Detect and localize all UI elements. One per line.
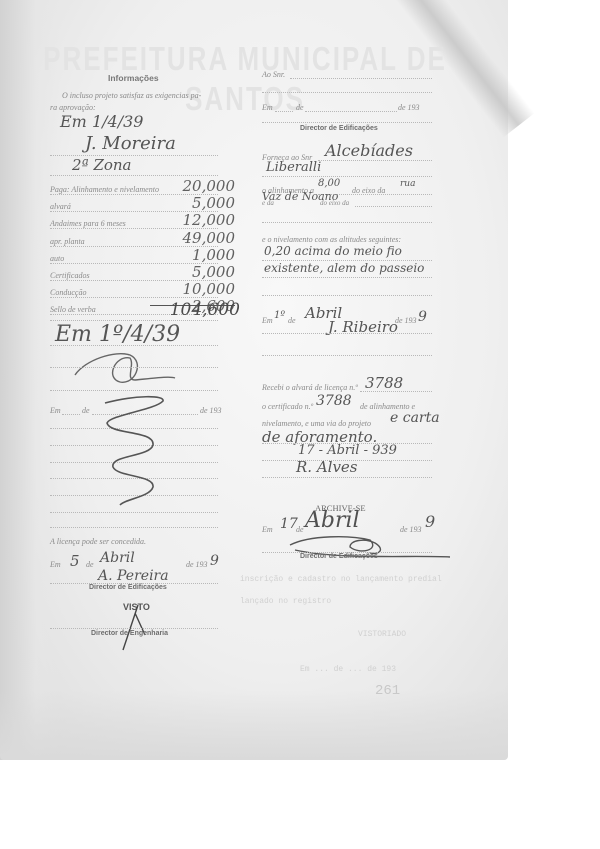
- right-director-edificacoes: Director de Edificações: [300, 125, 378, 132]
- fee-value: 5,000: [145, 194, 235, 212]
- rule-line: [355, 206, 432, 207]
- rule-line: [290, 78, 432, 79]
- receipt-number-1: 3788: [365, 374, 403, 392]
- receipt-line-2a: o certificado n.º: [262, 402, 313, 411]
- fee-value: 5,000: [145, 263, 235, 281]
- fee-label: auto: [50, 254, 64, 263]
- date-line-prefix: Em: [50, 406, 61, 415]
- fee-label: Certificados: [50, 271, 90, 280]
- rule-line: [262, 355, 432, 356]
- handwritten-signature: J. Moreira: [85, 133, 176, 154]
- rule-line: [262, 295, 432, 296]
- licence-signature: A. Pereira: [98, 568, 169, 584]
- fee-value: 20,000: [145, 177, 235, 195]
- right-date-suffix: de 193: [398, 103, 420, 112]
- e-da-label: e da: [262, 199, 274, 207]
- signed-date-prefix: Em: [262, 316, 273, 325]
- director-engenharia-label: Director de Engenharia: [91, 630, 168, 637]
- fee-label: Paga: Alinhamento e nivelamento: [50, 185, 159, 194]
- document-page: PREFEITURA MUNICIPAL DE SANTOS Informaçõ…: [0, 0, 508, 760]
- handwritten-zone: 2ª Zona: [72, 156, 132, 174]
- receipt-number-2: 3788: [316, 393, 352, 409]
- fee-label: Sello de verba: [50, 305, 96, 314]
- ghost-date-line: Em ... de ... de 193: [300, 665, 396, 674]
- receipt-line-3: nivelamento, e uma via do projeto: [262, 419, 371, 428]
- receipt-line-1: Recebi o alvará de licença n.º: [262, 383, 358, 392]
- handwritten-date: Em 1/4/39: [60, 112, 143, 131]
- archive-date-month: Abril: [305, 508, 360, 533]
- intro-text-cont: ra aprovação:: [50, 103, 96, 112]
- nivelamento-label: e o nivelamento com as altitudes seguint…: [262, 235, 401, 244]
- alinhamento-value: 8,00: [318, 178, 340, 189]
- licence-date-month: Abril: [100, 550, 135, 566]
- licence-date-year: 9: [210, 553, 219, 569]
- right-date-prefix: Em: [262, 103, 273, 112]
- right-date-middle: de: [296, 103, 304, 112]
- ghost-stamp: 261: [375, 683, 400, 699]
- rule-line: [50, 367, 218, 368]
- fee-label: alvará: [50, 202, 71, 211]
- rule-line: [262, 176, 432, 177]
- fees-total: 104,600: [150, 300, 240, 320]
- ghost-text-2: lançado no registro: [240, 597, 331, 606]
- rule-line: [50, 527, 218, 528]
- rule-line: [62, 414, 80, 415]
- licence-date-suffix: de 193: [186, 560, 208, 569]
- rule-line: [262, 222, 432, 223]
- licence-text: A licença pode ser concedida.: [50, 537, 146, 546]
- rule-line: [50, 345, 218, 346]
- archive-date-prefix: Em: [262, 525, 273, 534]
- do-eixo-da-label: do eixo da: [320, 199, 349, 207]
- alinhamento-street-1: rua: [400, 179, 415, 189]
- archive-director-edificacoes: Director de Edificações: [300, 553, 378, 560]
- licence-date-prefix: Em: [50, 560, 61, 569]
- fee-value: 49,000: [145, 229, 235, 247]
- rule-line: [305, 111, 397, 112]
- rule-line: [50, 628, 218, 629]
- rule-line: [262, 92, 432, 93]
- handwritten-date-2: Em 1º/4/39: [55, 322, 180, 347]
- director-edificacoes-label: Director de Edificações: [89, 584, 167, 591]
- licence-date-middle: de: [86, 560, 94, 569]
- signed-date-day: 1º: [274, 310, 285, 321]
- forneca-name-1: Alcebíades: [325, 141, 413, 160]
- rule-line: [262, 122, 432, 123]
- rule-line: [318, 160, 432, 161]
- nivelamento-hw-2: existente, alem do passeio: [264, 261, 424, 275]
- rule-line: [50, 320, 218, 321]
- fee-label: Conducção: [50, 288, 86, 297]
- rule-line: [50, 390, 218, 391]
- fee-label: Andaimes para 6 meses: [50, 219, 126, 228]
- rule-line: [262, 277, 432, 278]
- receipt-signature: R. Alves: [296, 458, 358, 476]
- fee-value: 10,000: [145, 280, 235, 298]
- rule-line: [262, 477, 432, 478]
- rule-line: [275, 111, 293, 112]
- fee-value: 1,000: [145, 246, 235, 264]
- signed-date-middle: de: [288, 316, 296, 325]
- intro-text: O incluso projeto satisfaz as exigencias…: [62, 91, 201, 100]
- date-line-middle: de: [82, 406, 90, 415]
- initials-scribble: [75, 350, 175, 390]
- ghost-vistoriado: VISTORIADO: [358, 630, 406, 639]
- rule-line: [262, 333, 432, 334]
- informacoes-title: Informações: [108, 73, 159, 83]
- ghost-text-1: inscrição e cadastro no lançamento predi…: [240, 575, 442, 584]
- receipt-hw-3: e carta: [390, 410, 440, 426]
- rule-line: [50, 175, 218, 176]
- date-line-suffix: de 193: [200, 406, 222, 415]
- fee-label: apr. planta: [50, 237, 85, 246]
- licence-date-day: 5: [70, 552, 80, 570]
- fee-value: 12,000: [145, 211, 235, 229]
- rule-line: [360, 391, 432, 392]
- archive-date-year: 9: [425, 512, 435, 531]
- signed-date-year: 9: [418, 309, 427, 325]
- signed-date-suffix: de 193: [395, 316, 417, 325]
- ao-snr-label: Ao Snr.: [262, 70, 285, 79]
- forneca-name-2: Liberalli: [266, 160, 321, 175]
- receipt-date-hw: 17 - Abril - 939: [298, 443, 397, 458]
- cancellation-squiggle: [95, 395, 175, 515]
- nivelamento-hw-1: 0,20 acima do meio fio: [264, 244, 402, 258]
- archive-date-suffix: de 193: [400, 525, 422, 534]
- archive-date-middle: de: [296, 525, 304, 534]
